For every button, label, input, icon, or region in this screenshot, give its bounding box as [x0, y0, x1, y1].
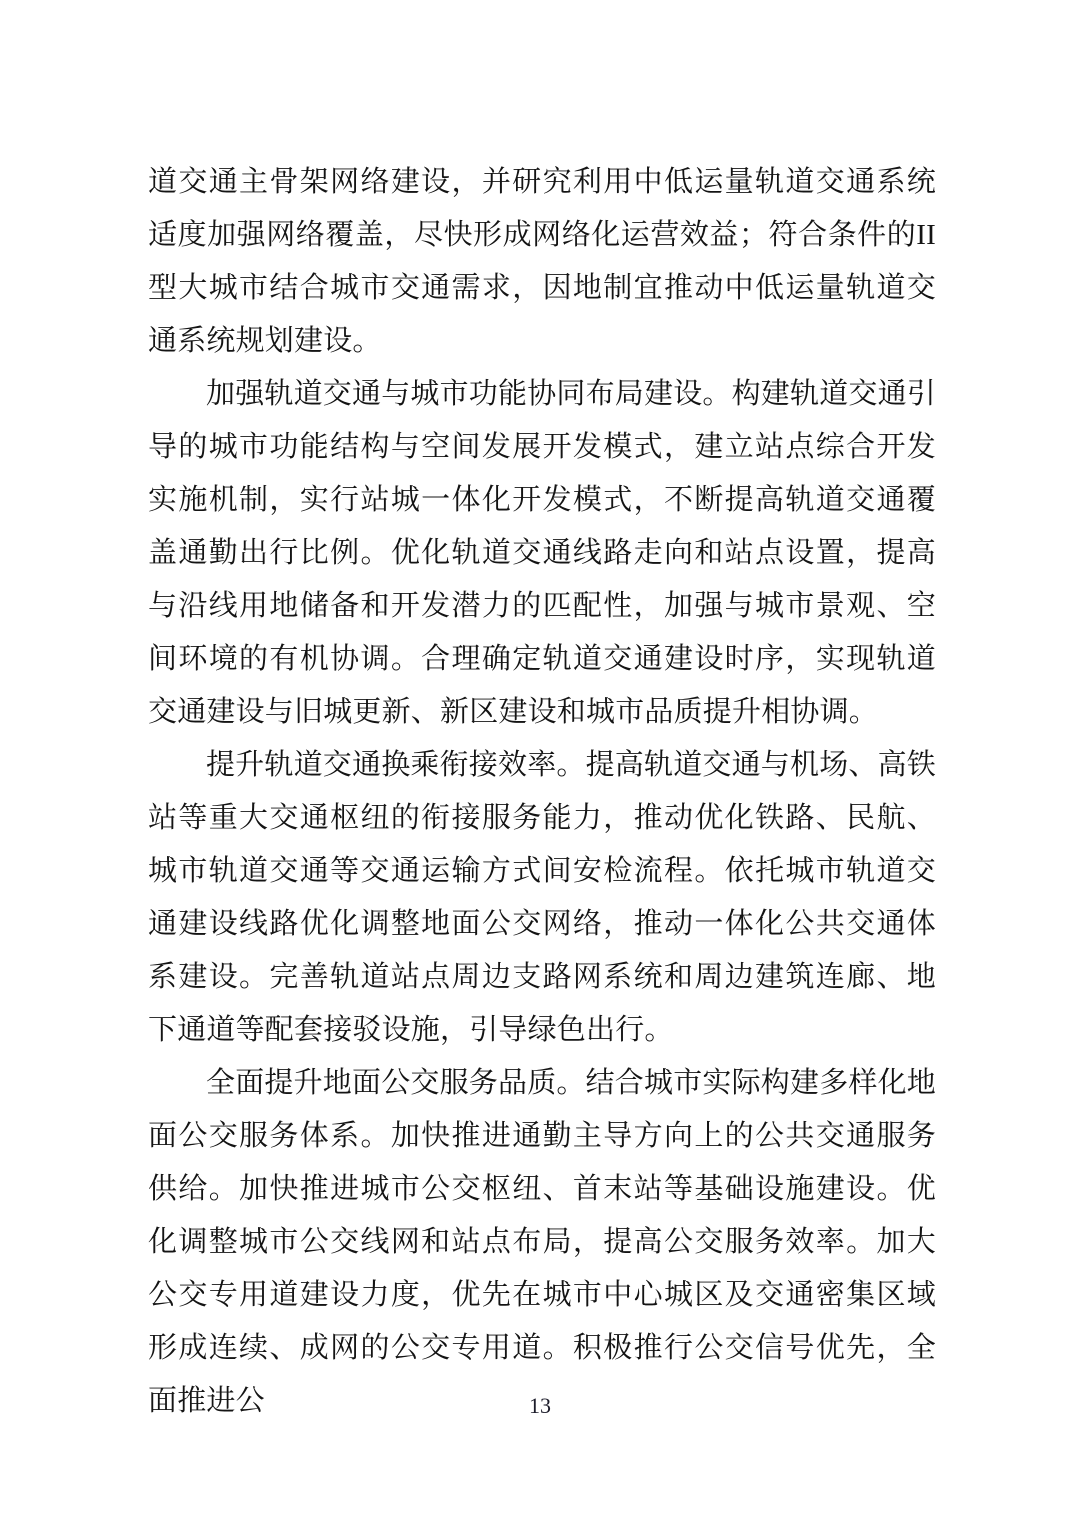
page-number: 13 — [0, 1392, 1080, 1420]
paragraph: 道交通主骨架网络建设，并研究利用中低运量轨道交通系统适度加强网络覆盖，尽快形成网… — [148, 156, 936, 368]
document-page: 道交通主骨架网络建设，并研究利用中低运量轨道交通系统适度加强网络覆盖，尽快形成网… — [0, 0, 1080, 1527]
text-column: 道交通主骨架网络建设，并研究利用中低运量轨道交通系统适度加强网络覆盖，尽快形成网… — [148, 156, 936, 1428]
paragraph: 全面提升地面公交服务品质。结合城市实际构建多样化地面公交服务体系。加快推进通勤主… — [148, 1057, 936, 1428]
paragraph: 加强轨道交通与城市功能协同布局建设。构建轨道交通引导的城市功能结构与空间发展开发… — [148, 368, 936, 739]
paragraph: 提升轨道交通换乘衔接效率。提高轨道交通与机场、高铁站等重大交通枢纽的衔接服务能力… — [148, 739, 936, 1057]
